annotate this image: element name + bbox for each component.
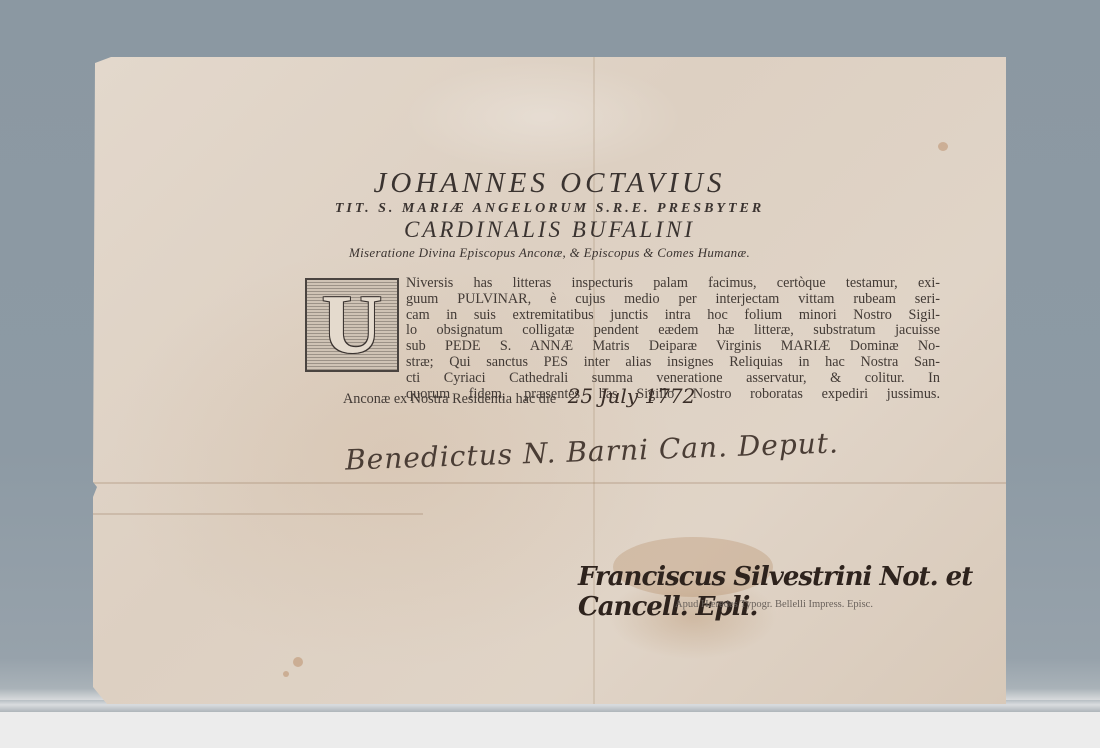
- table-surface: [0, 712, 1100, 748]
- body-line: stræ; Qui sanctus PES inter alias insign…: [406, 355, 940, 371]
- foxing-spot: [283, 671, 289, 677]
- heading-title-line: TIT. S. MARIÆ ANGELORUM S.R.E. PRESBYTER: [93, 201, 1006, 217]
- foxing-spot: [938, 142, 948, 151]
- dateline-handwritten-date: 25 July 1772: [568, 384, 696, 408]
- heading-name: JOHANNES OCTAVIUS: [93, 167, 1006, 200]
- document-paper: JOHANNES OCTAVIUS TIT. S. MARIÆ ANGELORU…: [93, 57, 1006, 704]
- heading-cardinal: CARDINALIS BUFALINI: [93, 217, 1006, 243]
- body-line: cam in suis extremitatibus junctis intra…: [406, 308, 940, 324]
- body-line: sub PEDE S. ANNÆ Matris Deiparæ Virginis…: [406, 339, 940, 355]
- body-line: Niversis has litteras inspecturis palam …: [406, 276, 940, 292]
- dateline-printed: Anconæ ex Nostra Residentia hac die: [343, 391, 556, 407]
- fold-crease: [93, 513, 423, 515]
- fold-crease: [93, 482, 1006, 484]
- dateline: Anconæ ex Nostra Residentia hac die 25 J…: [343, 384, 695, 408]
- woodcut-initial-letter: U: [305, 278, 399, 372]
- heading-subtitle: Miseratione Divina Episcopus Anconæ, & E…: [93, 245, 1006, 261]
- signature-notary: Franciscus Silvestrini Not. et Cancell. …: [578, 562, 1006, 622]
- initial-letter-glyph: U: [322, 283, 383, 367]
- signature-canon: Benedictus N. Barni Can. Deput.: [345, 426, 840, 476]
- printer-imprint: Apud Hæredes Typogr. Bellelli Impress. E…: [675, 599, 873, 610]
- foxing-spot: [293, 657, 303, 667]
- body-line: guum PULVINAR, è cujus medio per interje…: [406, 292, 940, 308]
- body-line: lo obsignatum colligatæ pendent eædem hæ…: [406, 323, 940, 339]
